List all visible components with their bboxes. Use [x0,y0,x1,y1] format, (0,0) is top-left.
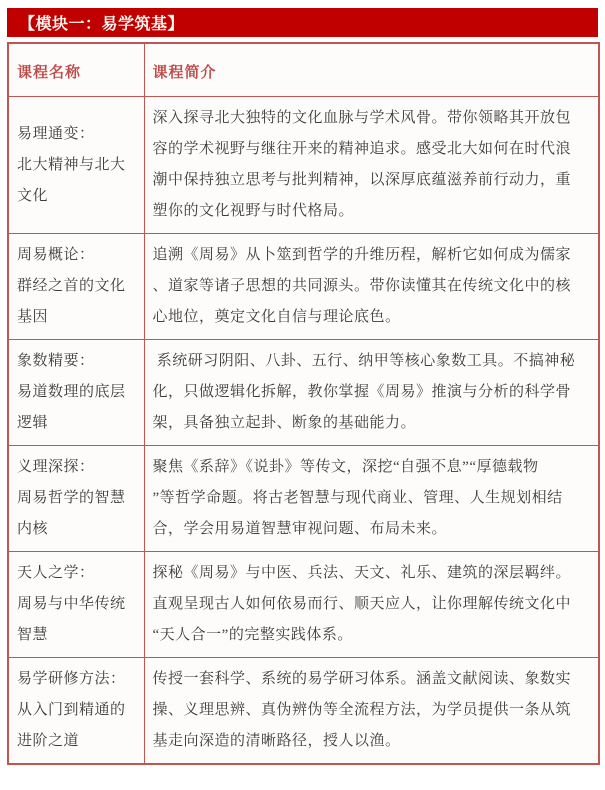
course-row: 周易概论： 群经之首的文化 基因 追溯《周易》从卜筮到哲学的升维历程，解析它如何… [8,234,599,340]
course-table-body: 易理通变： 北大精神与北大 文化 深入探寻北大独特的文化血脉与学术风骨。带你领略… [8,97,599,765]
course-row: 天人之学： 周易与中华传统 智慧 探秘《周易》与中医、兵法、天文、礼乐、建筑的深… [8,552,599,658]
course-name-cell: 义理深探： 周易哲学的智慧 内核 [8,446,144,552]
course-name-cell: 易学研修方法： 从入门到精通的 进阶之道 [8,658,144,765]
course-name-cell: 周易概论： 群经之首的文化 基因 [8,234,144,340]
column-header-course-intro: 课程简介 [144,43,599,97]
course-row: 义理深探： 周易哲学的智慧 内核 聚焦《系辞》《说卦》等传文，深挖“自强不息”“… [8,446,599,552]
course-row: 象数精要： 易道数理的底层 逻辑 系统研习阴阳、八卦、五行、纳甲等核心象数工具。… [8,340,599,446]
course-intro-cell: 探秘《周易》与中医、兵法、天文、礼乐、建筑的深层羁绊。 直观呈现古人如何依易而行… [144,552,599,658]
module-banner-title: 【模块一：易学筑基】 [19,11,184,34]
module-banner: 【模块一：易学筑基】 [7,8,598,37]
column-header-course-name: 课程名称 [8,43,144,97]
table-header-row: 课程名称 课程简介 [8,43,599,97]
course-row: 易理通变： 北大精神与北大 文化 深入探寻北大独特的文化血脉与学术风骨。带你领略… [8,97,599,234]
course-name-cell: 易理通变： 北大精神与北大 文化 [8,97,144,234]
course-name-cell: 天人之学： 周易与中华传统 智慧 [8,552,144,658]
course-name-cell: 象数精要： 易道数理的底层 逻辑 [8,340,144,446]
course-intro-cell: 系统研习阴阳、八卦、五行、纳甲等核心象数工具。不搞神秘 化，只做逻辑化拆解，教你… [144,340,599,446]
course-intro-cell: 深入探寻北大独特的文化血脉与学术风骨。带你领略其开放包 容的学术视野与继往开来的… [144,97,599,234]
course-row: 易学研修方法： 从入门到精通的 进阶之道 传授一套科学、系统的易学研习体系。涵盖… [8,658,599,765]
document-page: 【模块一：易学筑基】 课程名称 课程简介 易理通变： 北大精神与北大 文化 深入… [0,0,605,790]
course-intro-cell: 追溯《周易》从卜筮到哲学的升维历程，解析它如何成为儒家 、道家等诸子思想的共同源… [144,234,599,340]
course-intro-cell: 聚焦《系辞》《说卦》等传文，深挖“自强不息”“厚德载物 ”等哲学命题。将古老智慧… [144,446,599,552]
course-intro-cell: 传授一套科学、系统的易学研习体系。涵盖文献阅读、象数实 操、义理思辨、真伪辨伪等… [144,658,599,765]
course-table: 课程名称 课程简介 易理通变： 北大精神与北大 文化 深入探寻北大独特的文化血脉… [7,42,600,765]
